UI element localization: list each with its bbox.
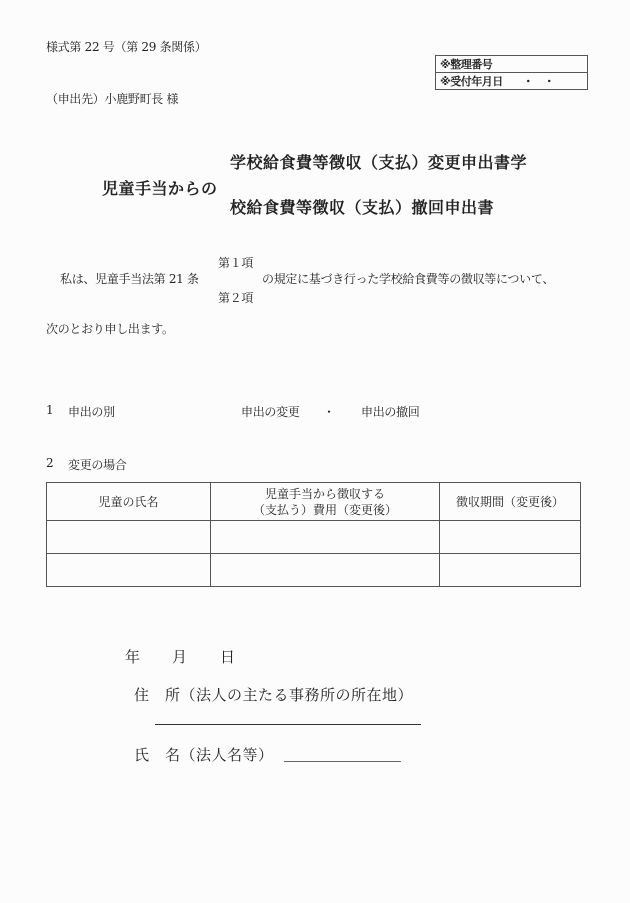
table-row: [47, 521, 581, 554]
title-line-2: 校給食費等徴収（支払）撤回申出書: [230, 195, 494, 218]
address-field[interactable]: [156, 708, 421, 724]
section-2-label: 変更の場合: [68, 456, 127, 473]
table-header-row: 児童の氏名 児童手当から徴収する （支払う）費用（変更後） 徴収期間（変更後）: [47, 483, 581, 521]
receipt-row-reference-number: ※整理番号: [436, 56, 588, 73]
table-row: [47, 554, 581, 587]
section-1-label: 申出の別: [68, 403, 115, 420]
header-cost-after-change: 児童手当から徴収する （支払う）費用（変更後）: [211, 483, 440, 521]
received-date-label: ※受付年月日: [440, 75, 503, 88]
title-prefix: 児童手当からの: [102, 176, 218, 199]
period-cell[interactable]: [440, 521, 581, 554]
addressee: （申出先）小鹿野町長 様: [46, 90, 178, 107]
address-underline: [155, 724, 421, 725]
child-name-cell[interactable]: [47, 521, 211, 554]
period-cell[interactable]: [440, 554, 581, 587]
intro-text-after: の規定に基づき行った学校給食費等の徴収等について、: [262, 270, 554, 287]
received-date-value: ・ ・: [523, 73, 555, 89]
name-label: 氏 名（法人名等）: [134, 744, 274, 765]
reference-number-label: ※整理番号: [436, 56, 588, 73]
option-withdraw[interactable]: 申出の撤回: [361, 403, 420, 420]
cost-cell[interactable]: [211, 521, 440, 554]
address-label: 住 所（法人の主たる事務所の所在地）: [134, 684, 413, 705]
name-field[interactable]: [284, 745, 401, 761]
header-child-name: 児童の氏名: [47, 483, 211, 521]
intro-continuation: 次のとおり申し出ます。: [46, 320, 174, 337]
receipt-box: ※整理番号 ※受付年月日・ ・: [435, 55, 588, 90]
title-line-1: 学校給食費等徴収（支払）変更申出書学: [230, 150, 527, 173]
option-separator: ・: [323, 403, 335, 420]
header-collection-period: 徴収期間（変更後）: [440, 483, 581, 521]
change-details-table: 児童の氏名 児童手当から徴収する （支払う）費用（変更後） 徴収期間（変更後）: [46, 482, 581, 587]
option-paragraph-2: 第２項: [218, 289, 253, 306]
received-date-cell: ※受付年月日・ ・: [436, 73, 588, 90]
cost-cell[interactable]: [211, 554, 440, 587]
header-cost-line-1: 児童手当から徴収する: [211, 486, 439, 502]
receipt-row-received-date: ※受付年月日・ ・: [436, 73, 588, 90]
date-day-label: 日: [220, 646, 236, 667]
section-2-number: 2: [46, 456, 53, 470]
child-name-cell[interactable]: [47, 554, 211, 587]
date-month-label: 月: [172, 646, 188, 667]
option-change[interactable]: 申出の変更: [241, 403, 300, 420]
section-1-number: 1: [46, 403, 53, 417]
intro-text-before: 私は、児童手当法第 21 条: [60, 270, 199, 287]
name-underline: [284, 761, 401, 762]
header-cost-line-2: （支払う）費用（変更後）: [211, 502, 439, 518]
option-paragraph-1: 第１項: [218, 254, 253, 271]
application-form-page: 様式第 22 号（第 29 条関係） ※整理番号 ※受付年月日・ ・ （申出先）…: [0, 0, 630, 903]
date-year-label: 年: [125, 646, 141, 667]
form-number: 様式第 22 号（第 29 条関係）: [46, 38, 206, 55]
